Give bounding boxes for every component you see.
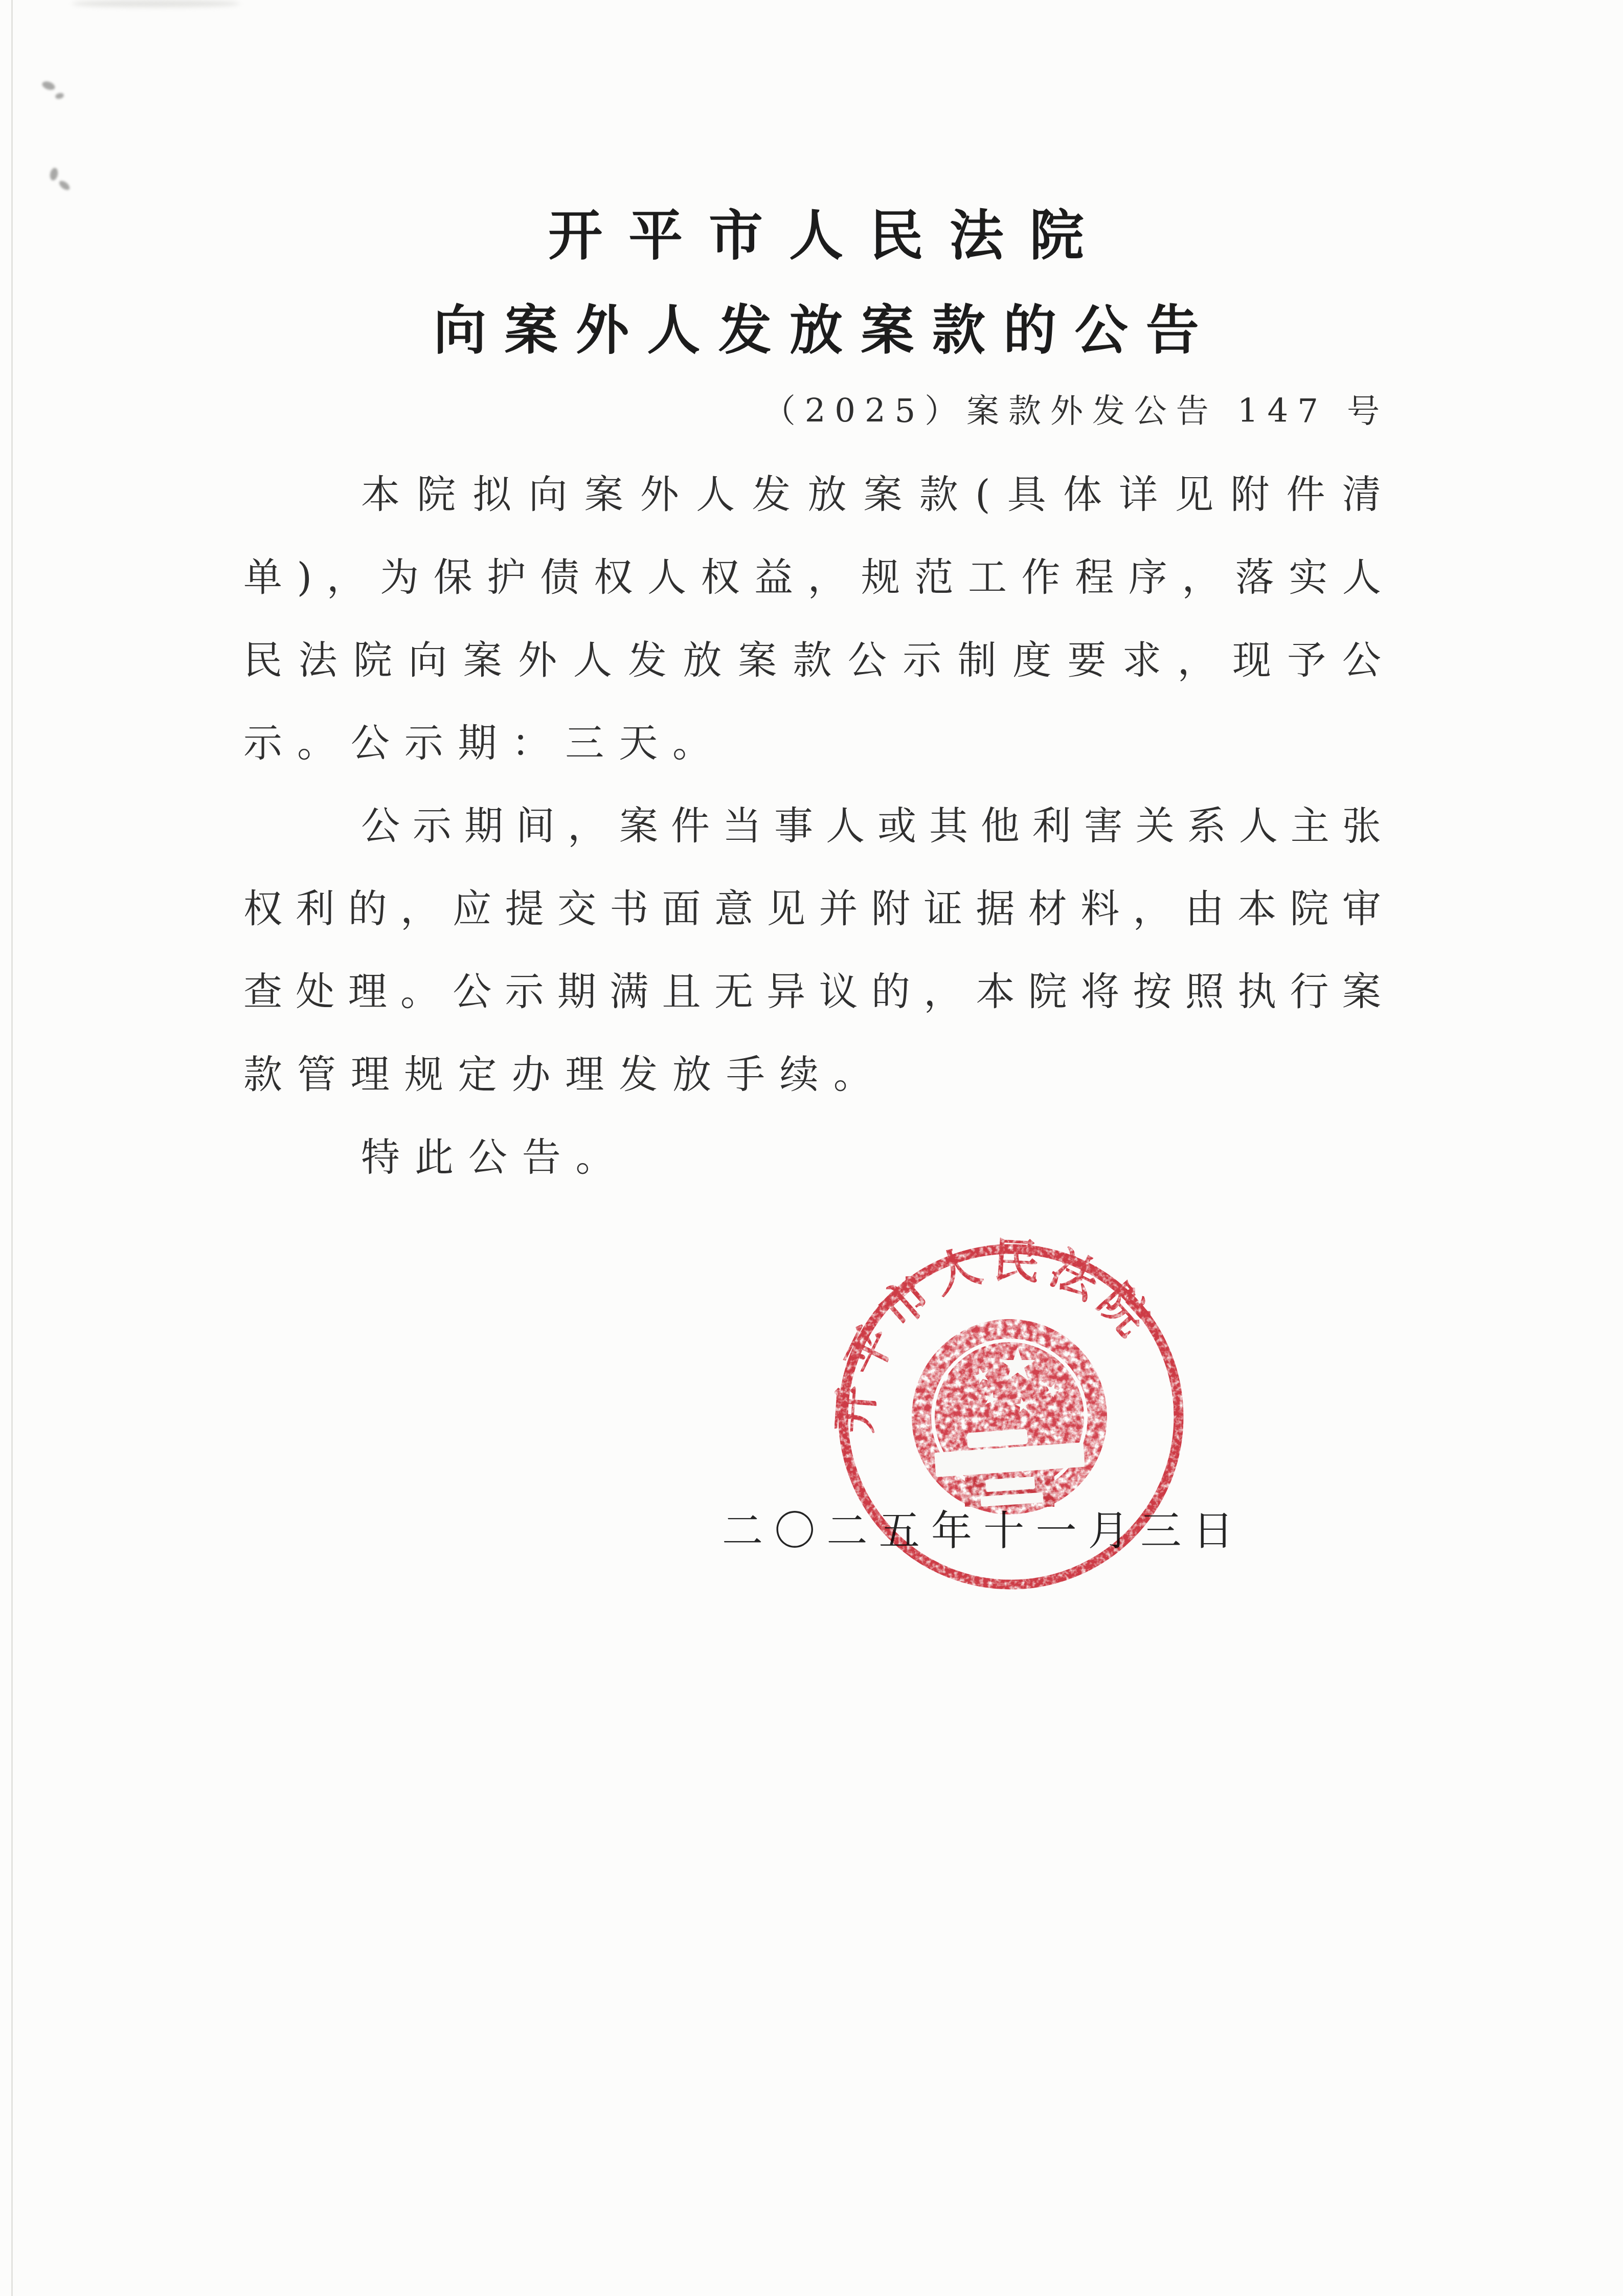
court-name-title: 开平市人民法院 bbox=[243, 188, 1389, 283]
official-seal-stamp: 开平市人民法院 bbox=[835, 1237, 1187, 1595]
document-number: （2025）案款外发公告 147 号 bbox=[243, 387, 1389, 436]
body-line: 民法院向案外人发放案款公示制度要求，现予公 bbox=[243, 619, 1389, 702]
scan-artifact bbox=[41, 80, 56, 92]
body-line: 单)，为保护债权人权益，规范工作程序，落实人 bbox=[243, 536, 1389, 619]
scan-artifact bbox=[55, 92, 64, 100]
announcement-title: 向案外人发放案款的公告 bbox=[243, 283, 1389, 378]
body-line: 查处理。公示期满且无异议的，本院将按照执行案 bbox=[243, 950, 1389, 1033]
scan-artifact bbox=[58, 179, 72, 192]
scan-artifact bbox=[49, 167, 59, 182]
body-line: 权利的，应提交书面意见并附证据材料，由本院审 bbox=[243, 867, 1389, 950]
body-line: 款管理规定办理发放手续。 bbox=[243, 1033, 1389, 1116]
body-line: 本院拟向案外人发放案款(具体详见附件清 bbox=[243, 453, 1389, 536]
closing-line: 特此公告。 bbox=[243, 1116, 1389, 1199]
scan-artifact bbox=[72, 0, 240, 7]
body-line: 公示期间，案件当事人或其他利害关系人主张 bbox=[243, 785, 1389, 867]
announcement-body: 本院拟向案外人发放案款(具体详见附件清 单)，为保护债权人权益，规范工作程序，落… bbox=[243, 453, 1389, 1199]
scanned-court-announcement-page: 开平市人民法院 向案外人发放案款的公告 （2025）案款外发公告 147 号 本… bbox=[0, 0, 1623, 2296]
scan-edge-line bbox=[11, 0, 13, 2296]
body-line: 示。公示期：三天。 bbox=[243, 702, 1389, 785]
document-title: 开平市人民法院 向案外人发放案款的公告 bbox=[243, 188, 1389, 378]
